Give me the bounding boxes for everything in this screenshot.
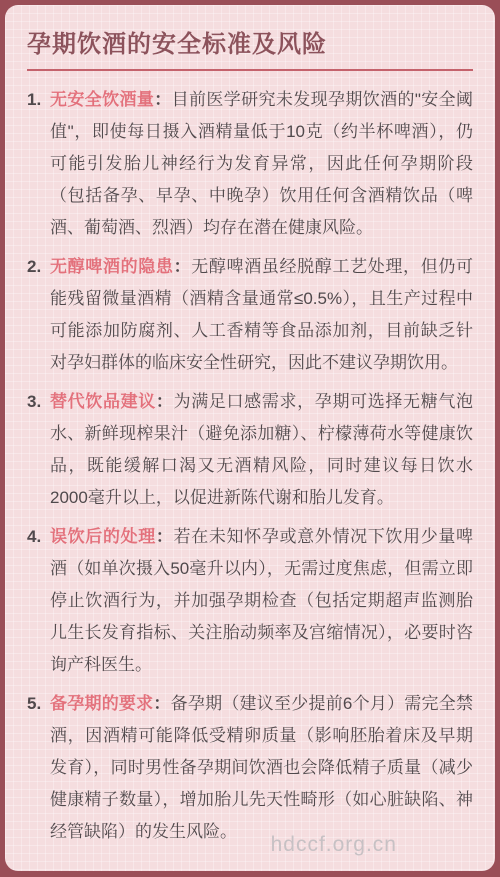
- item-colon: ：: [154, 90, 171, 109]
- list-item: 2.无醇啤酒的隐患：无醇啤酒虽经脱醇工艺处理，但仍可能残留微量酒精（酒精含量通常…: [27, 251, 473, 379]
- item-heading: 无安全饮酒量: [50, 90, 154, 109]
- list-item: 3.替代饮品建议：为满足口感需求，孕期可选择无糖气泡水、新鲜现榨果汁（避免添加糖…: [27, 386, 473, 514]
- item-heading: 替代饮品建议: [50, 392, 156, 411]
- item-body: 若在未知怀孕或意外情况下饮用少量啤酒（如单次摄入50毫升以内），无需过度焦虑，但…: [50, 527, 473, 674]
- watermark: hdccf.org.cn: [271, 833, 397, 857]
- item-colon: ：: [153, 694, 170, 713]
- item-body: 目前医学研究未发现孕期饮酒的"安全阈值"，即使每日摄入酒精量低于10克（约半杯啤…: [50, 90, 473, 237]
- list-item: 5.备孕期的要求：备孕期（建议至少提前6个月）需完全禁酒，因酒精可能降低受精卵质…: [27, 688, 473, 848]
- item-number: 5.: [27, 688, 41, 720]
- risk-list: 1.无安全饮酒量：目前医学研究未发现孕期饮酒的"安全阈值"，即使每日摄入酒精量低…: [27, 84, 473, 848]
- item-number: 2.: [27, 251, 41, 283]
- item-number: 4.: [27, 521, 41, 553]
- item-heading: 误饮后的处理: [50, 527, 156, 546]
- item-number: 1.: [27, 84, 41, 116]
- item-heading: 无醇啤酒的隐患: [50, 257, 174, 276]
- item-heading: 备孕期的要求: [50, 694, 153, 713]
- info-card: 孕期饮酒的安全标准及风险 1.无安全饮酒量：目前医学研究未发现孕期饮酒的"安全阈…: [5, 5, 495, 871]
- title-divider: [27, 69, 473, 71]
- list-item: 4.误饮后的处理：若在未知怀孕或意外情况下饮用少量啤酒（如单次摄入50毫升以内）…: [27, 521, 473, 681]
- item-body: 备孕期（建议至少提前6个月）需完全禁酒，因酒精可能降低受精卵质量（影响胚胎着床及…: [50, 694, 473, 841]
- item-number: 3.: [27, 386, 41, 418]
- page-title: 孕期饮酒的安全标准及风险: [27, 29, 473, 61]
- item-colon: ：: [156, 392, 174, 411]
- list-item: 1.无安全饮酒量：目前医学研究未发现孕期饮酒的"安全阈值"，即使每日摄入酒精量低…: [27, 84, 473, 244]
- item-colon: ：: [174, 257, 192, 276]
- item-colon: ：: [156, 527, 174, 546]
